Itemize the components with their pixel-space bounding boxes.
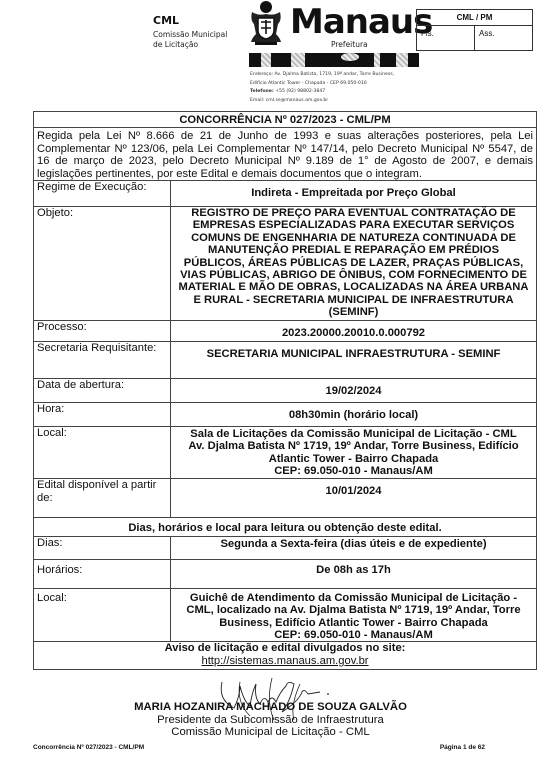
table-row: Horários: De 08h as 17h: [34, 559, 537, 588]
address-line2: Edifício Atlantic Tower - Chapada - CEP …: [250, 80, 394, 89]
brand-wordmark: Manaus: [290, 4, 432, 40]
table-row: Data de abertura: 19/02/2024: [34, 378, 537, 402]
contact-address: Endereço: Av. Djalma Batista, 1719, 19º …: [250, 71, 394, 105]
table-row: Objeto: REGISTRO DE PREÇO PARA EVENTUAL …: [34, 207, 537, 321]
local-line: Av. Djalma Batista Nº 1719, 19º Andar, T…: [174, 440, 533, 452]
brand-subtitle: Prefeitura: [331, 40, 368, 49]
row-value: 10/01/2024: [171, 479, 537, 518]
local-line: Atlantic Tower - Bairro Chapada: [174, 453, 533, 465]
footer-page-number: Página 1 de 62: [440, 744, 485, 751]
row-value: Sala de Licitações da Comissão Municipal…: [171, 426, 537, 479]
cml-full-name: Comissão Municipal de Licitação: [153, 30, 227, 50]
row-value: Indireta - Empreitada por Preço Global: [171, 181, 537, 207]
local-line: Sala de Licitações da Comissão Municipal…: [174, 428, 533, 440]
table-row: Dias: Segunda a Sexta-feira (dias úteis …: [34, 536, 537, 559]
document-preamble: Regida pela Lei Nº 8.666 de 21 de Junho …: [34, 128, 537, 181]
page-stamp-box: CML / PM Fls. Ass.: [416, 9, 533, 51]
signer-role: Presidente da Subcomissão de Infraestrut…: [0, 714, 541, 727]
row-label: Local:: [34, 426, 171, 479]
reading-section-title: Dias, horários e local para leitura ou o…: [34, 518, 537, 536]
local-line: Business, Edifício Atlantic Tower - Bair…: [174, 617, 533, 629]
table-row: Local: Guichê de Atendimento da Comissão…: [34, 588, 537, 642]
row-value: Guichê de Atendimento da Comissão Munici…: [171, 588, 537, 642]
signer-org: Comissão Municipal de Licitação - CML: [0, 726, 541, 739]
address-email: Email: cml.se@manaus.am.gov.br: [250, 97, 394, 106]
stamp-title: CML / PM: [417, 10, 532, 26]
row-label: Local:: [34, 588, 171, 642]
decorative-band: [249, 53, 419, 67]
local-line: CML, localizado na Av. Djalma Batista Nº…: [174, 604, 533, 616]
table-row: Local: Sala de Licitações da Comissão Mu…: [34, 426, 537, 479]
row-value: Segunda a Sexta-feira (dias úteis e de e…: [171, 536, 537, 559]
stamp-ass: Ass.: [474, 26, 532, 51]
row-label: Data de abertura:: [34, 378, 171, 402]
row-label: Dias:: [34, 536, 171, 559]
row-value: 19/02/2024: [171, 378, 537, 402]
document-title: CONCORRÊNCIA Nº 027/2023 - CML/PM: [34, 112, 537, 128]
row-label: Horários:: [34, 559, 171, 588]
cml-logo-block: CML Comissão Municipal de Licitação: [153, 14, 227, 50]
table-row: Processo: 2023.20000.20010.0.000792: [34, 320, 537, 341]
row-label: Regime de Execução:: [34, 181, 171, 207]
address-phone: Telefone: +55 (92) 98802-3847: [250, 88, 394, 97]
row-value: 2023.20000.20010.0.000792: [171, 320, 537, 341]
row-label: Objeto:: [34, 207, 171, 321]
row-label: Processo:: [34, 320, 171, 341]
notice-text: Aviso de licitação e edital divulgados n…: [37, 642, 533, 654]
signer-name: MARIA HOZANIRA MACHADO DE SOUZA GALVÃO: [0, 701, 541, 714]
local-line: CEP: 69.050-010 - Manaus/AM: [174, 465, 533, 477]
signature-block: MARIA HOZANIRA MACHADO DE SOUZA GALVÃO P…: [0, 701, 541, 739]
local-line: Guichê de Atendimento da Comissão Munici…: [174, 592, 533, 604]
row-value: De 08h as 17h: [171, 559, 537, 588]
row-value: REGISTRO DE PREÇO PARA EVENTUAL CONTRATA…: [171, 207, 537, 321]
row-label: Edital disponível a partir de:: [34, 479, 171, 518]
row-value: SECRETARIA MUNICIPAL INFRAESTRUTURA - SE…: [171, 341, 537, 378]
stamp-fls: Fls.: [417, 26, 474, 51]
address-line1: Endereço: Av. Djalma Batista, 1719, 19º …: [250, 71, 394, 80]
row-label: Secretaria Requisitante:: [34, 341, 171, 378]
edital-summary-table: CONCORRÊNCIA Nº 027/2023 - CML/PM Regida…: [33, 111, 537, 670]
cml-short-name: CML: [153, 14, 227, 27]
notice-cell: Aviso de licitação e edital divulgados n…: [34, 642, 537, 670]
cml-full-name-line2: de Licitação: [153, 40, 227, 50]
table-row: Hora: 08h30min (horário local): [34, 402, 537, 426]
local-line: CEP: 69.050-010 - Manaus/AM: [174, 629, 533, 641]
cml-full-name-line1: Comissão Municipal: [153, 30, 227, 40]
row-value: 08h30min (horário local): [171, 402, 537, 426]
footer-document-ref: Concorrência Nº 027/2023 - CML/PM: [33, 744, 144, 751]
row-label: Hora:: [34, 402, 171, 426]
city-coat-of-arms-icon: [248, 0, 284, 46]
table-row: Secretaria Requisitante: SECRETARIA MUNI…: [34, 341, 537, 378]
table-row: Regime de Execução: Indireta - Empreitad…: [34, 181, 537, 207]
notice-link[interactable]: http://sistemas.manaus.am.gov.br: [37, 655, 533, 667]
table-row: Edital disponível a partir de: 10/01/202…: [34, 479, 537, 518]
